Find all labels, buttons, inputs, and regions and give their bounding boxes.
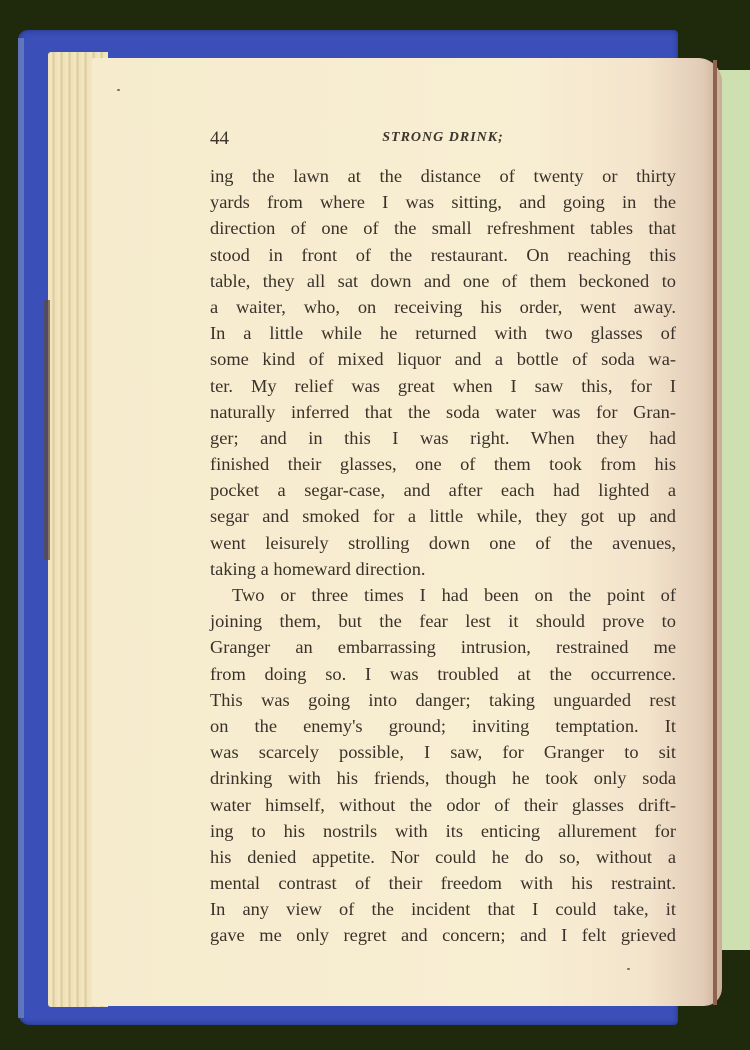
text-line: segar and smoked for a little while, the… — [210, 503, 676, 529]
paragraph-start: Two or three times I had been on the poi… — [210, 582, 676, 608]
paper-speck — [627, 968, 630, 970]
text-line: ing the lawn at the distance of twenty o… — [210, 163, 676, 189]
text-line: In any view of the incident that I could… — [210, 896, 676, 922]
page-edge-stain — [44, 300, 50, 560]
text-line: Granger an embarrassing intrusion, restr… — [210, 634, 676, 660]
text-line: ing to his nostrils with its enticing al… — [210, 818, 676, 844]
text-line: ger; and in this I was right. When they … — [210, 425, 676, 451]
text-line: on the enemy's ground; inviting temptati… — [210, 713, 676, 739]
text-line: ter. My relief was great when I saw this… — [210, 373, 676, 399]
text-line: taking a homeward direction. — [210, 556, 676, 582]
text-line: yards from where I was sitting, and goin… — [210, 189, 676, 215]
page-header: 44 STRONG DRINK; — [210, 128, 676, 152]
text-line: water himself, without the odor of their… — [210, 792, 676, 818]
text-line: his denied appetite. Nor could he do so,… — [210, 844, 676, 870]
text-line: stood in front of the restaurant. On rea… — [210, 242, 676, 268]
text-line: went leisurely strolling down one of the… — [210, 530, 676, 556]
text-line: drinking with his friends, though he too… — [210, 765, 676, 791]
text-line: a waiter, who, on receiving his order, w… — [210, 294, 676, 320]
paper-speck — [117, 89, 120, 91]
text-line: finished their glasses, one of them took… — [210, 451, 676, 477]
text-line: direction of one of the small refreshmen… — [210, 215, 676, 241]
text-line: gave me only regret and concern; and I f… — [210, 922, 676, 948]
text-line: some kind of mixed liquor and a bottle o… — [210, 346, 676, 372]
text-line: In a little while he returned with two g… — [210, 320, 676, 346]
cover-worn-edge — [18, 38, 24, 1018]
text-line: pocket a segar-case, and after each had … — [210, 477, 676, 503]
text-line: joining them, but the fear lest it shoul… — [210, 608, 676, 634]
running-head: STRONG DRINK; — [210, 130, 676, 146]
text-line: This was going into danger; taking ungua… — [210, 687, 676, 713]
text-line: mental contrast of their freedom with hi… — [210, 870, 676, 896]
page-gutter — [713, 60, 717, 1005]
text-line: table, they all sat down and one of them… — [210, 268, 676, 294]
text-line: from doing so. I was troubled at the occ… — [210, 661, 676, 687]
text-line: naturally inferred that the soda water w… — [210, 399, 676, 425]
text-line: was scarcely possible, I saw, for Grange… — [210, 739, 676, 765]
body-text: ing the lawn at the distance of twenty o… — [210, 163, 676, 949]
